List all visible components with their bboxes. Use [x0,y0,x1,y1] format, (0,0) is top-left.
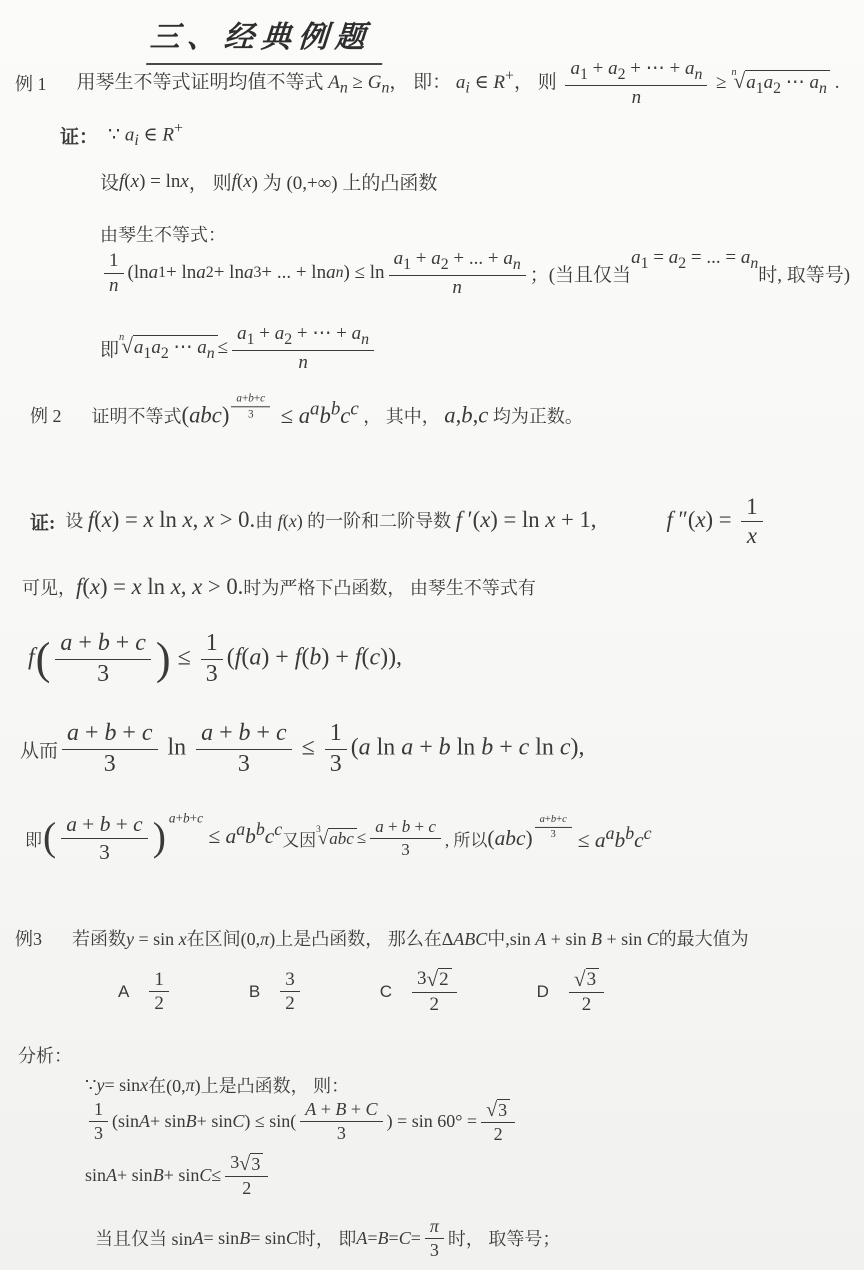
scanned-math-document: 三、经典例题 例 1 用琴生不等式证明均值不等式 An ≥ Gn， 即： ai … [0,0,864,1270]
example3-analysis-line2: 13(sin A + sin B + sin C) ≤ sin(A + B + … [85,1098,519,1144]
example2-proof-line2: 可见， f(x) = x ln x, x > 0.时为严格下凸函数， 由琴生不等… [22,574,536,600]
example1-label: 例 1 [15,70,47,96]
example3-label: 例3 [15,925,42,951]
example3-analysis-line1: ∵ y = sin x在(0,π)上是凸函数， 则： [85,1072,349,1098]
example2-statement: 证明不等式(abc)a+b+c3 ≤ aabbcc ， 其中， a,b,c 均为… [92,398,583,433]
example3-analysis-line4: 当且仅当 sin A = sin B = sin C 时， 即 A = B = … [95,1216,560,1260]
example1-proof-line5: 即 n√a1a2 ⋯ an ≤ a1 + a2 + ⋯ + ann [100,323,378,374]
example3-analysis-line3: sin A + sin B + sin C ≤ 3√32 [85,1152,272,1198]
option-d-value: √32 [565,968,608,1016]
example1-proof-line1: ∵ ai ∈ R+ [108,120,183,150]
example2-proof-line4: 从而 a + b + c3 ln a + b + c3 ≤ 13(a ln a … [20,720,584,778]
example2-label: 例 2 [30,402,62,428]
option-b: B 32 [249,969,304,1016]
example3-row: 例3 若函数y = sin x在区间(0,π)上是凸函数， 那么在ΔABC中,s… [15,925,749,951]
example1-proof-header: 证： ∵ ai ∈ R+ [60,120,183,150]
example1-proof-line4: 1n(ln a1 + ln a2 + ln a3 + ... + ln an) … [100,248,850,299]
option-c-label: C [380,982,392,1002]
option-c-value: 3√22 [408,968,461,1016]
example1-proof-line2: 设 f(x) = ln x， 则 f(x) 为 (0,+∞) 上的凸函数 [100,168,437,195]
example2-proof-label: 证: [30,508,55,535]
example2-row: 例 2 证明不等式(abc)a+b+c3 ≤ aabbcc ， 其中， a,b,… [30,398,583,433]
example2-proof-line1-row: 证: 设 f(x) = x ln x, x > 0.由 f(x) 的一阶和二阶导… [30,494,767,549]
option-a: A 12 [118,969,173,1016]
example3-statement: 若函数y = sin x在区间(0,π)上是凸函数， 那么在ΔABC中,sin … [72,925,749,951]
example2-proof-line1: 设 f(x) = x ln x, x > 0.由 f(x) 的一阶和二阶导数 f… [65,494,766,549]
option-b-label: B [249,982,260,1002]
example3-analysis-label: 分析： [18,1042,72,1068]
example1-proof-label: 证： [60,122,98,149]
option-d: D √32 [537,968,608,1016]
example1-row: 例 1 用琴生不等式证明均值不等式 An ≥ Gn， 即： ai ∈ R+， 则… [15,58,839,109]
option-d-label: D [537,982,549,1002]
example1-proof-line3: 由琴生不等式： [100,221,226,247]
option-a-value: 12 [145,969,173,1016]
example3-options-row: A 12 B 32 C 3√22 D √32 [118,968,684,1016]
example1-statement: 用琴生不等式证明均值不等式 An ≥ Gn， 即： ai ∈ R+， 则 a1 … [77,58,840,109]
option-c: C 3√22 [380,968,461,1016]
example2-proof-line5: 即 (a + b + c3)a+b+c ≤ aabbcc 又因 3√abc ≤ … [25,812,652,864]
example2-proof-line3: f(a + b + c3) ≤ 13(f(a) + f(b) + f(c)), [28,630,402,688]
option-a-label: A [118,982,129,1002]
option-b-value: 32 [276,969,304,1016]
